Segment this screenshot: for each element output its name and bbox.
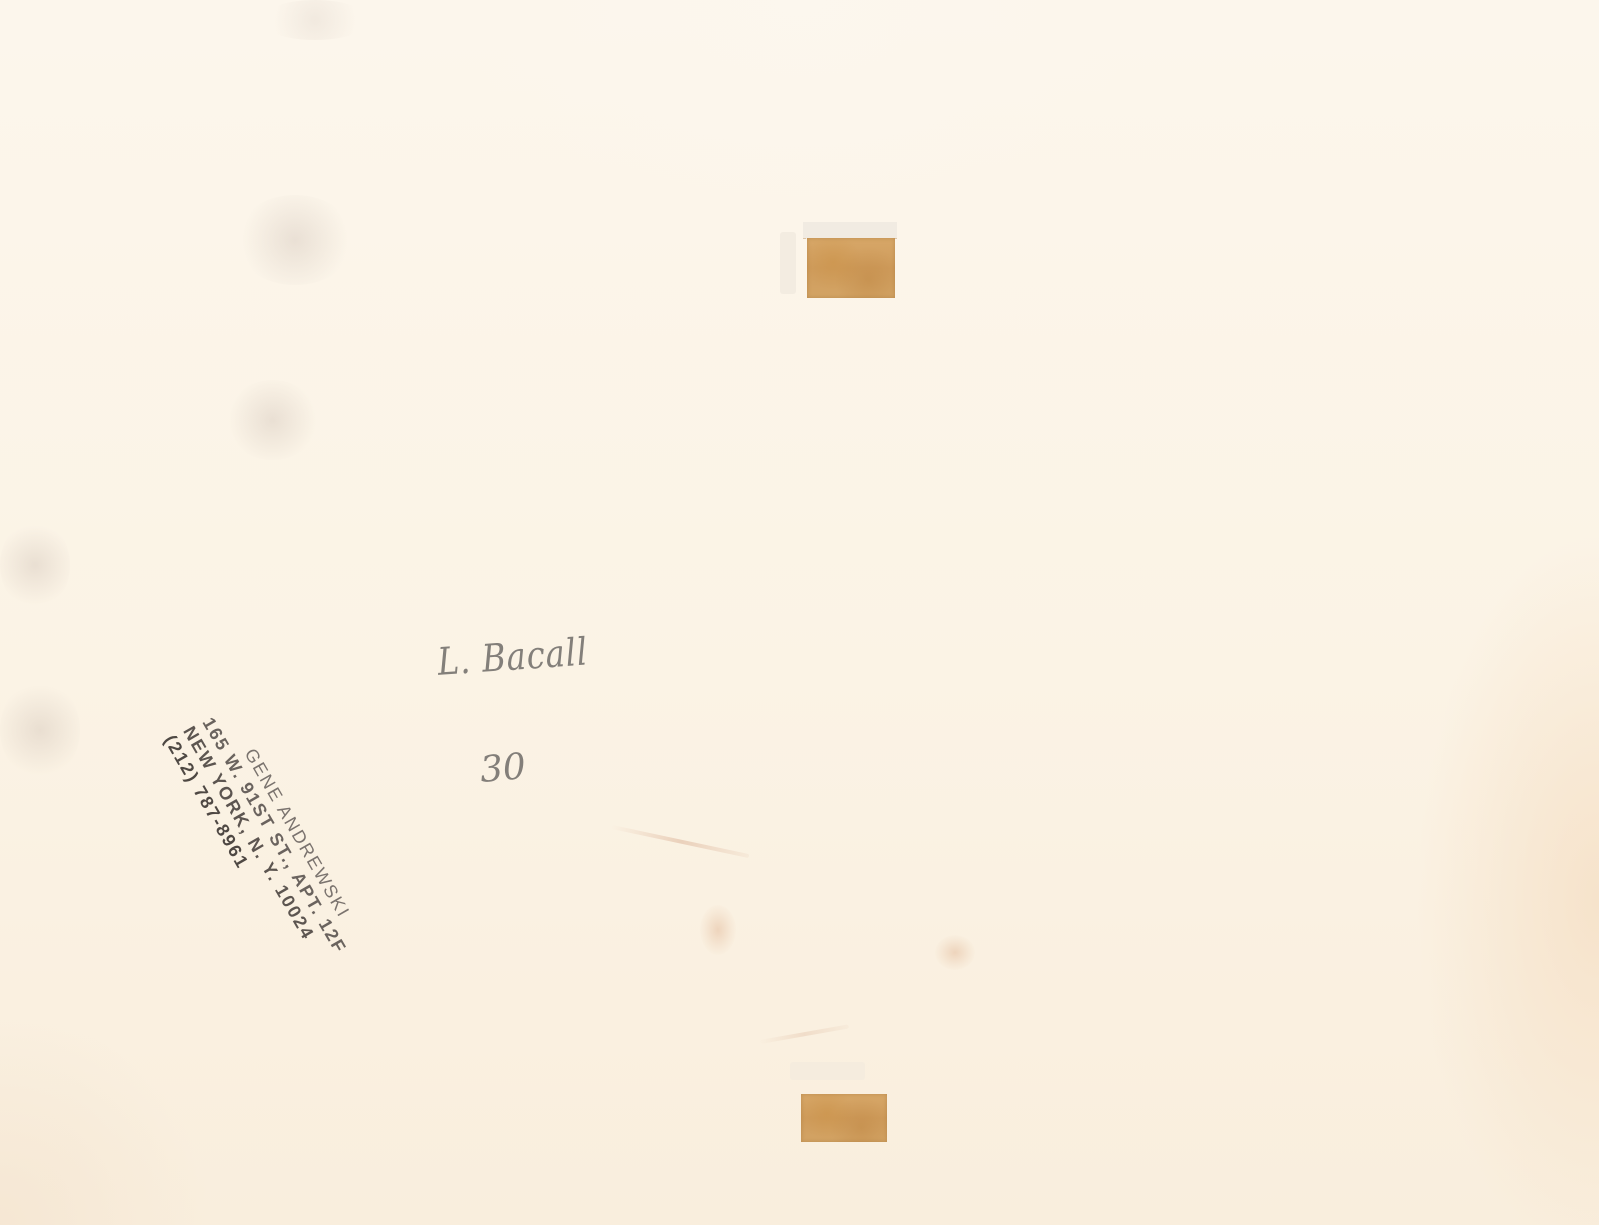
smudge-mark [0,680,80,780]
handwritten-name: L. Bacall [436,629,589,683]
tape-residue [790,1062,865,1080]
tape-piece-top [807,238,895,298]
tape-residue [780,232,796,294]
streak-mark [760,1024,849,1044]
smudge-mark [260,0,370,40]
tape-piece-bottom [801,1094,887,1142]
stain-mark [935,935,975,970]
stain-mark [700,905,736,955]
photo-back-sheet: GENE ANDREWSKI 165 W. 91ST ST., APT. 12F… [0,0,1599,1225]
smudge-mark [0,520,70,610]
handwritten-number: 30 [478,746,527,791]
smudge-mark [235,195,355,285]
photographer-stamp: GENE ANDREWSKI 165 W. 91ST ST., APT. 12F… [159,700,368,979]
smudge-mark [225,380,320,460]
tape-torn-edge [803,222,897,239]
streak-mark [612,825,750,858]
